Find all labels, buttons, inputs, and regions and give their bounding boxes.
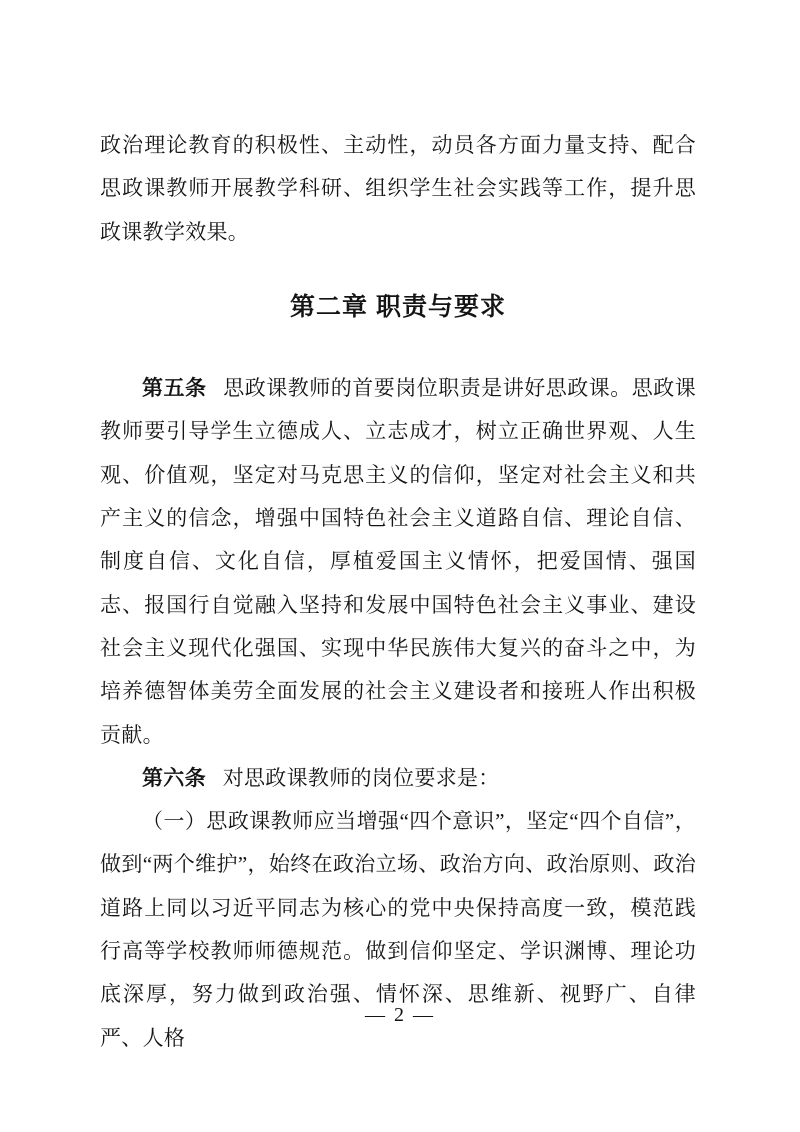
- chapter-heading: 第二章 职责与要求: [100, 286, 696, 329]
- document-body: 政治理论教育的积极性、主动性，动员各方面力量支持、配合思政课教师开展教学科研、组…: [100, 0, 696, 1060]
- article6-number: 第六条: [142, 766, 206, 790]
- article5-text: 思政课教师的首要岗位职责是讲好思政课。思政课教师要引导学生立德成人、立志成才，树…: [100, 376, 696, 746]
- article5-number: 第五条: [142, 376, 207, 400]
- article6-text: 对思政课教师的岗位要求是：: [223, 766, 500, 790]
- document-page: 政治理论教育的积极性、主动性，动员各方面力量支持、配合思政课教师开展教学科研、组…: [0, 0, 800, 1132]
- page-number: — 2 —: [0, 1000, 800, 1030]
- paragraph-continuation: 政治理论教育的积极性、主动性，动员各方面力量支持、配合思政课教师开展教学科研、组…: [100, 124, 696, 254]
- paragraph-article6: 第六条对思政课教师的岗位要求是：: [100, 757, 696, 800]
- paragraph-article5: 第五条思政课教师的首要岗位职责是讲好思政课。思政课教师要引导学生立德成人、立志成…: [100, 367, 696, 757]
